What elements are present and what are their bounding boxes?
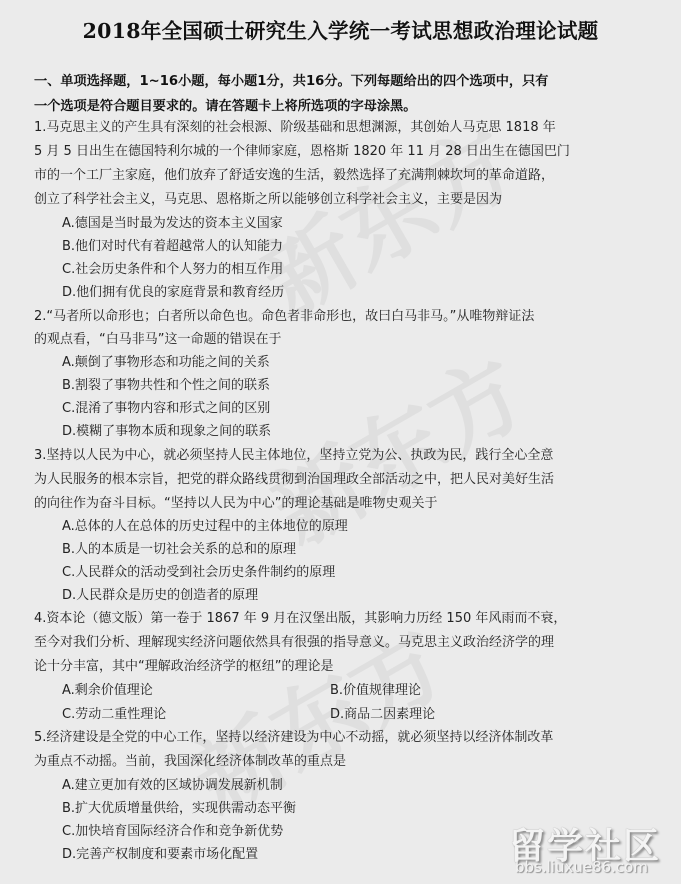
option-c: C.加快培育国际经济合作和竞争新优势 — [62, 822, 283, 842]
option-c: C.劳动二重性理论 — [62, 705, 166, 725]
logo-url-text: bbs.liuxue86.com — [515, 858, 648, 876]
exam-page: 新东方 新东方 新东方 2018年全国硕士研究生入学统一考试思想政治理论试题 一… — [0, 0, 681, 884]
option-d: D.他们拥有优良的家庭背景和教育经历 — [62, 283, 284, 303]
section-heading-line: 一、单项选择题，1~16小题，每小题1分，共16分。下列每题给出的四个选项中，只… — [34, 70, 654, 95]
option-c: C.混淆了事物内容和形式之间的区别 — [62, 399, 270, 419]
question-text-line: 的观点看，“白马非马”这一命题的错误在于 — [34, 330, 281, 350]
question-text-line: 市的一个工厂主家庭，他们放弃了舒适安逸的生活，毅然选择了充满荆棘坎坷的革命道路， — [34, 166, 554, 186]
option-a: A.总体的人在总体的历史过程中的主体地位的原理 — [62, 517, 348, 537]
question-text-line: 1.马克思主义的产生具有深刻的社会根源、阶级基础和思想渊源，其创始人马克思 18… — [34, 118, 556, 138]
question-text-line: 的向往作为奋斗目标。“坚持以人民为中心”的理论基础是唯物史观关于 — [34, 494, 437, 514]
option-b: B.扩大优质增量供给，实现供需动态平衡 — [62, 799, 296, 819]
option-d: D.模糊了事物本质和现象之间的联系 — [62, 422, 271, 442]
option-d: D.完善产权制度和要素市场化配置 — [62, 845, 258, 865]
option-a: A.建立更加有效的区域协调发展新机制 — [62, 776, 283, 796]
question-text-line: 5 月 5 日出生在德国特利尔城的一个律师家庭，恩格斯 1820 年 11 月 … — [34, 142, 570, 162]
question-text-line: 论十分丰富，其中“理解政治经济学的枢纽”的理论是 — [34, 657, 333, 677]
site-logo-watermark: 留学社区 bbs.liuxue86.com — [505, 818, 675, 878]
option-b: B.割裂了事物共性和个性之间的联系 — [62, 376, 270, 396]
section-heading: 一、单项选择题，1~16小题，每小题1分，共16分。下列每题给出的四个选项中，只… — [34, 70, 654, 119]
option-a: A.德国是当时最为发达的资本主义国家 — [62, 214, 283, 234]
option-b: B.人的本质是一切社会关系的总和的原理 — [62, 540, 296, 560]
exam-title: 2018年全国硕士研究生入学统一考试思想政治理论试题 — [0, 14, 681, 44]
question-text-line: 至今对我们分析、理解现实经济问题依然具有很强的指导意义。马克思主义政治经济学的理 — [34, 633, 554, 653]
question-text-line: 创立了科学社会主义，马克思、恩格斯之所以能够创立科学社会主义，主要是因为 — [34, 190, 502, 210]
question-text-line: 2.“马者所以命形也；白者所以命色也。命色者非命形也，故曰白马非马。”从唯物辩证… — [34, 307, 534, 327]
option-b: B.价值规律理论 — [330, 681, 421, 701]
option-c: C.社会历史条件和个人努力的相互作用 — [62, 260, 283, 280]
question-text-line: 3.坚持以人民为中心，就必须坚持人民主体地位，坚持立党为公、执政为民，践行全心全… — [34, 446, 553, 466]
question-text-line: 5.经济建设是全党的中心工作，坚持以经济建设为中心不动摇，就必须坚持以经济体制改… — [34, 728, 553, 748]
question-text-line: 4.资本论（德文版）第一卷于 1867 年 9 月在汉堡出版，其影响力历经 15… — [34, 609, 566, 629]
option-a: A.颠倒了事物形态和功能之间的关系 — [62, 353, 270, 373]
question-text-line: 为人民服务的根本宗旨，把党的群众路线贯彻到治国理政全部活动之中，把人民对美好生活 — [34, 470, 554, 490]
option-d: D.人民群众是历史的创造者的原理 — [62, 586, 258, 606]
option-d: D.商品二因素理论 — [330, 705, 435, 725]
option-c: C.人民群众的活动受到社会历史条件制约的原理 — [62, 563, 335, 583]
option-b: B.他们对时代有着超越常人的认知能力 — [62, 237, 283, 257]
question-text-line: 为重点不动摇。当前，我国深化经济体制改革的重点是 — [34, 752, 346, 772]
section-heading-line: 一个选项是符合题目要求的。请在答题卡上将所选项的字母涂黑。 — [34, 95, 654, 120]
option-a: A.剩余价值理论 — [62, 681, 153, 701]
